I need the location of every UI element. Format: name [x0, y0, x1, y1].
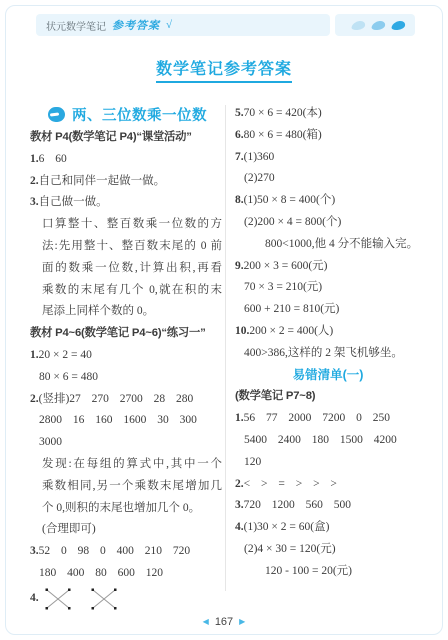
- item-number: 1.: [30, 349, 39, 361]
- right-column: 5.70 × 6 = 420(本)6.80 × 6 = 480(箱)7.(1)3…: [228, 103, 421, 599]
- item-number: 4.: [235, 521, 244, 533]
- answer-line: 个 0,则积的末尾也增加几个 0。: [30, 498, 222, 520]
- line-text: 2800 16 160 1600 30 300: [39, 414, 197, 426]
- answer-line: 5.70 × 6 = 420(本): [235, 103, 421, 125]
- answer-line: 2800 16 160 1600 30 300: [30, 410, 222, 432]
- answer-line: 120 - 100 = 20(元): [235, 561, 421, 583]
- answer-label: 参考答案: [112, 17, 160, 33]
- item-number: 1.: [235, 412, 244, 424]
- cross-lines-icon: [89, 587, 119, 611]
- answer-line: 7.(1)360: [235, 147, 421, 169]
- line-text: 70 × 3 = 210(元): [244, 281, 322, 293]
- line-text: 个 0,则积的末尾也增加几个 0。: [42, 502, 200, 514]
- line-text: (2)270: [244, 172, 275, 184]
- answer-line: 教材 P4~6(数学笔记 P4~6)“练习一”: [30, 323, 222, 345]
- answer-line: 600 + 210 = 810(元): [235, 299, 421, 321]
- line-text: 80 × 6 = 480(箱): [244, 129, 322, 141]
- answer-line: 2.自己和同伴一起做一做。: [30, 171, 222, 193]
- next-page-icon: ▶: [239, 617, 245, 626]
- answer-line: 3.720 1200 560 500: [235, 495, 421, 517]
- answer-line: (2)270: [235, 168, 421, 190]
- answer-line: 面的数乘一位数,计算出积,再看: [30, 258, 222, 280]
- item-number: 2.: [235, 478, 244, 490]
- answer-line: 8.(1)50 × 8 = 400(个): [235, 190, 421, 212]
- line-text: 120: [244, 456, 261, 468]
- left-answer-lines: 教材 P4(数学笔记 P4)“课堂活动”1.6 602.自己和同伴一起做一做。3…: [30, 127, 222, 613]
- line-text: 56 77 2000 7200 0 250: [244, 412, 390, 424]
- answer-line: (数学笔记 P7~8): [235, 386, 421, 408]
- answer-line: 教材 P4(数学笔记 P4)“课堂活动”: [30, 127, 222, 149]
- answer-line: 180 400 80 600 120: [30, 563, 222, 585]
- line-text: 教材 P4~6(数学笔记 P4~6)“练习一”: [30, 327, 206, 339]
- answer-line: 10.200 × 2 = 400(人): [235, 321, 421, 343]
- answer-line: 4.(1)30 × 2 = 60(盒): [235, 517, 421, 539]
- answer-line: (2)200 × 4 = 800(个): [235, 212, 421, 234]
- workbook-page: 状元数学笔记 参考答案 √ 数学笔记参考答案 两、三位数乘一位数 教材 P4(数…: [0, 0, 448, 640]
- drop-icon: [351, 20, 366, 30]
- line-text: 200 × 2 = 400(人): [249, 325, 333, 337]
- page-footer: ◀167▶: [0, 616, 448, 628]
- line-connection-diagram: [43, 587, 119, 611]
- page-number: 167: [215, 616, 233, 628]
- section-title: 两、三位数乘一位数: [72, 104, 207, 125]
- line-text: (竖排)27 270 2700 28 280: [39, 393, 194, 405]
- line-text: (合理即可): [42, 523, 96, 535]
- line-text: (1)360: [244, 151, 275, 163]
- content-columns: 两、三位数乘一位数 教材 P4(数学笔记 P4)“课堂活动”1.6 602.自己…: [0, 83, 448, 599]
- answer-line: 4.: [30, 585, 222, 613]
- page-title: 数学笔记参考答案: [156, 56, 292, 83]
- line-text: 自己和同伴一起做一做。: [39, 175, 166, 187]
- brand-name: 状元数学笔记: [46, 18, 106, 33]
- item-number: 10.: [235, 325, 249, 337]
- page-header: 状元数学笔记 参考答案 √: [0, 0, 448, 36]
- drop-icon: [371, 20, 386, 30]
- answer-line: 法:先用整十、整百数末尾的 0 前: [30, 236, 222, 258]
- answer-line: 1.56 77 2000 7200 0 250: [235, 408, 421, 430]
- answer-line: 80 × 6 = 480: [30, 367, 222, 389]
- line-text: 400>386,这样的 2 架飞机够坐。: [244, 347, 403, 359]
- answer-line: 800<1000,他 4 分不能输入完。: [235, 234, 421, 256]
- prev-page-icon: ◀: [203, 617, 209, 626]
- item-number: 3.: [30, 196, 39, 208]
- cross-lines-icon: [43, 587, 73, 611]
- answer-line: 3.52 0 98 0 400 210 720: [30, 541, 222, 563]
- answer-line: 口算整十、整百数乘一位数的方: [30, 214, 222, 236]
- line-text: 乘数相同,另一个乘数末尾增加几: [42, 480, 222, 492]
- section-heading: 两、三位数乘一位数: [30, 103, 222, 125]
- line-text: 800<1000,他 4 分不能输入完。: [265, 238, 418, 250]
- line-text: 20 × 2 = 40: [39, 349, 92, 361]
- item-number: 9.: [235, 260, 244, 272]
- drop-icon: [391, 20, 406, 30]
- line-text: 自己做一做。: [39, 196, 108, 208]
- answer-line: 3000: [30, 432, 222, 454]
- answer-line: 5400 2400 180 1500 4200: [235, 430, 421, 452]
- line-text: 70 × 6 = 420(本): [244, 107, 322, 119]
- answer-line: 120: [235, 452, 421, 474]
- line-text: 法:先用整十、整百数末尾的 0 前: [42, 240, 222, 252]
- line-text: 乘数的末尾有几个 0,就在积的末: [42, 284, 222, 296]
- answer-line: 400>386,这样的 2 架飞机够坐。: [235, 343, 421, 365]
- item-number: 7.: [235, 151, 244, 163]
- answer-line: 6.80 × 6 = 480(箱): [235, 125, 421, 147]
- item-number: 4.: [30, 588, 39, 610]
- decoration-dots: [335, 14, 415, 36]
- line-text: 5400 2400 180 1500 4200: [244, 434, 397, 446]
- answer-line: (合理即可): [30, 519, 222, 541]
- answer-line: 70 × 3 = 210(元): [235, 277, 421, 299]
- line-text: 面的数乘一位数,计算出积,再看: [42, 262, 222, 274]
- answer-line: 9.200 × 3 = 600(元): [235, 256, 421, 278]
- line-text: 52 0 98 0 400 210 720: [39, 545, 191, 557]
- line-text: (2)200 × 4 = 800(个): [244, 216, 341, 228]
- item-number: 5.: [235, 107, 244, 119]
- answer-line: 1.20 × 2 = 40: [30, 345, 222, 367]
- page-title-row: 数学笔记参考答案: [0, 45, 448, 83]
- line-text: 口算整十、整百数乘一位数的方: [42, 218, 222, 230]
- item-number: 3.: [30, 545, 39, 557]
- item-number: 8.: [235, 194, 244, 206]
- item-number: 2.: [30, 393, 39, 405]
- section-icon: [48, 107, 65, 122]
- line-text: (1)50 × 8 = 400(个): [244, 194, 336, 206]
- line-text: 180 400 80 600 120: [39, 567, 163, 579]
- answer-line: 乘数的末尾有几个 0,就在积的末: [30, 280, 222, 302]
- item-number: 1.: [30, 153, 39, 165]
- column-divider: [225, 105, 226, 591]
- item-number: 2.: [30, 175, 39, 187]
- answer-line: (2)4 × 30 = 120(元): [235, 539, 421, 561]
- item-number: 3.: [235, 499, 244, 511]
- right-answer-lines: 5.70 × 6 = 420(本)6.80 × 6 = 480(箱)7.(1)3…: [235, 103, 421, 583]
- answer-line: 2.< > = > > >: [235, 474, 421, 496]
- line-text: (1)30 × 2 = 60(盒): [244, 521, 330, 533]
- item-number: 6.: [235, 129, 244, 141]
- brand-pill: 状元数学笔记 参考答案 √: [36, 14, 330, 36]
- line-text: 尾添上同样个数的 0。: [42, 305, 154, 317]
- line-text: 易错清单(一): [293, 368, 364, 382]
- line-text: 120 - 100 = 20(元): [265, 565, 352, 577]
- answer-line: 发现:在每组的算式中,其中一个: [30, 454, 222, 476]
- answer-line: 尾添上同样个数的 0。: [30, 301, 222, 323]
- line-text: 200 × 3 = 600(元): [244, 260, 328, 272]
- line-text: < > = > > >: [244, 478, 337, 490]
- line-text: (2)4 × 30 = 120(元): [244, 543, 336, 555]
- line-text: 发现:在每组的算式中,其中一个: [42, 458, 222, 470]
- answer-line: 易错清单(一): [235, 365, 421, 387]
- line-text: (数学笔记 P7~8): [235, 390, 315, 402]
- check-icon: √: [166, 19, 172, 31]
- line-text: 720 1200 560 500: [244, 499, 351, 511]
- answer-line: 1.6 60: [30, 149, 222, 171]
- line-text: 6 60: [39, 153, 67, 165]
- line-text: 80 × 6 = 480: [39, 371, 98, 383]
- answer-line: 2.(竖排)27 270 2700 28 280: [30, 389, 222, 411]
- line-text: 教材 P4(数学笔记 P4)“课堂活动”: [30, 131, 192, 143]
- line-text: 3000: [39, 436, 62, 448]
- answer-line: 3.自己做一做。: [30, 192, 222, 214]
- left-column: 两、三位数乘一位数 教材 P4(数学笔记 P4)“课堂活动”1.6 602.自己…: [30, 103, 222, 599]
- line-text: 600 + 210 = 810(元): [244, 303, 339, 315]
- answer-line: 乘数相同,另一个乘数末尾增加几: [30, 476, 222, 498]
